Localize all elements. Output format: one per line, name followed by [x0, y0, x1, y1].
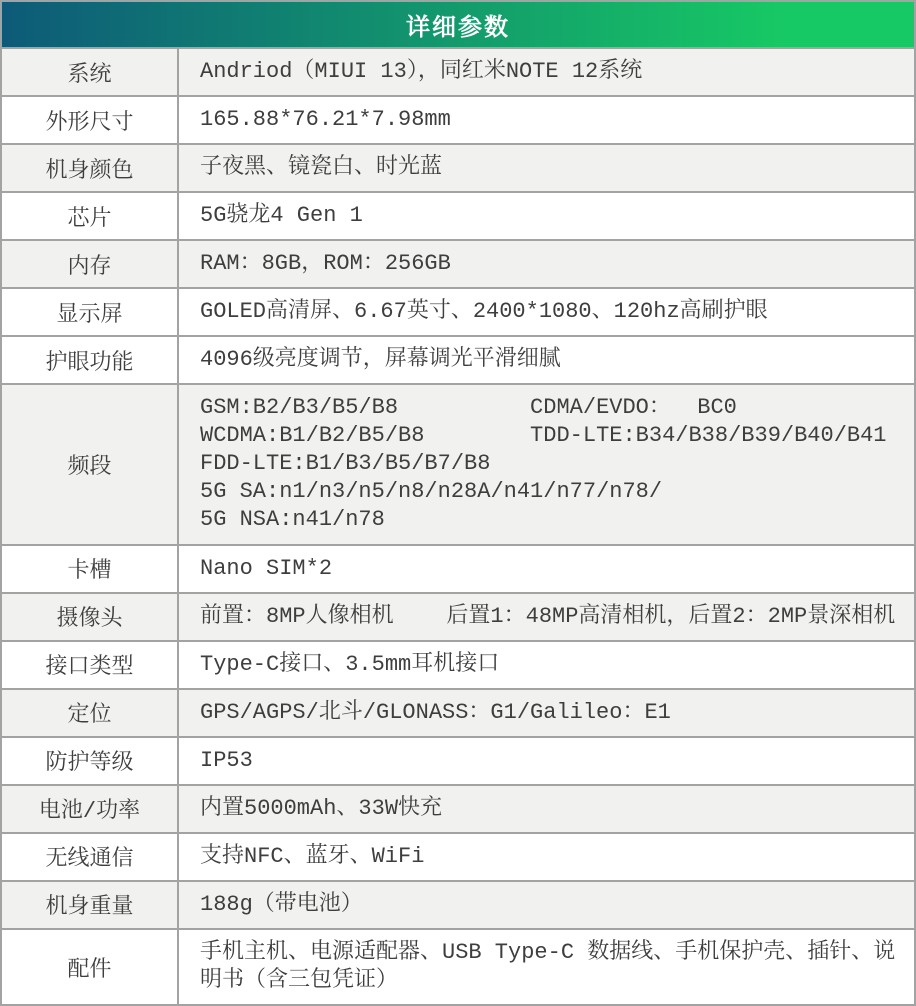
spec-label-cell: 配件: [2, 930, 179, 1004]
spec-table-body: 系统 Andriod（MIUI 13），同红米NOTE 12系统 外形尺寸 16…: [2, 47, 914, 1004]
table-row: 卡槽 Nano SIM*2: [2, 544, 914, 592]
spec-label: 外形尺寸: [45, 105, 133, 136]
table-header: 详细参数: [2, 2, 914, 47]
spec-label: 摄像头: [56, 601, 122, 632]
spec-label-cell: 机身重量: [2, 882, 179, 928]
spec-label: 显示屏: [56, 297, 122, 328]
spec-value: 子夜黑、镜瓷白、时光蓝: [179, 145, 914, 191]
spec-value: 手机主机、电源适配器、USB Type-C 数据线、手机保护壳、插针、说 明书（…: [179, 930, 914, 1004]
table-row: 频段 GSM:B2/B3/B5/B8 CDMA/EVDO： BC0 WCDMA:…: [2, 383, 914, 543]
spec-label: 频段: [67, 449, 111, 480]
table-row: 机身颜色 子夜黑、镜瓷白、时光蓝: [2, 143, 914, 191]
spec-label: 防护等级: [45, 745, 133, 776]
spec-label: 内存: [67, 249, 111, 280]
spec-label-cell: 接口类型: [2, 642, 179, 688]
table-row: 护眼功能 4096级亮度调节，屏幕调光平滑细腻: [2, 335, 914, 383]
table-row: 系统 Andriod（MIUI 13），同红米NOTE 12系统: [2, 47, 914, 95]
spec-value: 内置5000mAh、33W快充: [179, 786, 914, 832]
spec-value: Nano SIM*2: [179, 546, 914, 592]
table-row: 内存 RAM：8GB，ROM：256GB: [2, 239, 914, 287]
spec-label: 芯片: [67, 201, 111, 232]
spec-label-cell: 显示屏: [2, 289, 179, 335]
spec-label: 无线通信: [45, 841, 133, 872]
spec-label: 接口类型: [45, 649, 133, 680]
spec-label-cell: 外形尺寸: [2, 97, 179, 143]
spec-label-cell: 机身颜色: [2, 145, 179, 191]
spec-value: 支持NFC、蓝牙、WiFi: [179, 834, 914, 880]
table-row: 芯片 5G骁龙4 Gen 1: [2, 191, 914, 239]
spec-label: 定位: [67, 697, 111, 728]
spec-label-cell: 防护等级: [2, 738, 179, 784]
spec-value: GOLED高清屏、6.67英寸、2400*1080、120hz高刷护眼: [179, 289, 914, 335]
spec-value: GPS/AGPS/北斗/GLONASS：G1/Galileo：E1: [179, 690, 914, 736]
page-title: 详细参数: [406, 7, 510, 42]
spec-label-cell: 芯片: [2, 193, 179, 239]
table-row: 定位 GPS/AGPS/北斗/GLONASS：G1/Galileo：E1: [2, 688, 914, 736]
table-row: 外形尺寸 165.88*76.21*7.98mm: [2, 95, 914, 143]
spec-value: RAM：8GB，ROM：256GB: [179, 241, 914, 287]
spec-value: 4096级亮度调节，屏幕调光平滑细腻: [179, 337, 914, 383]
spec-label: 电池/功率: [39, 793, 140, 824]
spec-label-cell: 卡槽: [2, 546, 179, 592]
table-row: 电池/功率 内置5000mAh、33W快充: [2, 784, 914, 832]
spec-label: 系统: [67, 57, 111, 88]
spec-value: 5G骁龙4 Gen 1: [179, 193, 914, 239]
spec-label: 配件: [67, 952, 111, 983]
spec-value: 前置：8MP人像相机 后置1：48MP高清相机，后置2：2MP景深相机: [179, 594, 914, 640]
table-row: 防护等级 IP53: [2, 736, 914, 784]
spec-label: 卡槽: [67, 553, 111, 584]
spec-label-cell: 内存: [2, 241, 179, 287]
spec-value: Type-C接口、3.5mm耳机接口: [179, 642, 914, 688]
spec-label-cell: 系统: [2, 49, 179, 95]
table-row: 配件 手机主机、电源适配器、USB Type-C 数据线、手机保护壳、插针、说 …: [2, 928, 914, 1004]
table-row: 摄像头 前置：8MP人像相机 后置1：48MP高清相机，后置2：2MP景深相机: [2, 592, 914, 640]
spec-card: 详细参数 系统 Andriod（MIUI 13），同红米NOTE 12系统 外形…: [0, 0, 916, 1006]
table-row: 接口类型 Type-C接口、3.5mm耳机接口: [2, 640, 914, 688]
spec-label-cell: 电池/功率: [2, 786, 179, 832]
spec-label: 机身重量: [45, 889, 133, 920]
table-row: 无线通信 支持NFC、蓝牙、WiFi: [2, 832, 914, 880]
spec-label: 机身颜色: [45, 153, 133, 184]
spec-value: GSM:B2/B3/B5/B8 CDMA/EVDO： BC0 WCDMA:B1/…: [179, 385, 914, 543]
table-row: 机身重量 188g（带电池）: [2, 880, 914, 928]
spec-label-cell: 无线通信: [2, 834, 179, 880]
spec-label: 护眼功能: [45, 345, 133, 376]
spec-value: Andriod（MIUI 13），同红米NOTE 12系统: [179, 49, 914, 95]
spec-label-cell: 摄像头: [2, 594, 179, 640]
spec-label-cell: 频段: [2, 385, 179, 543]
table-row: 显示屏 GOLED高清屏、6.67英寸、2400*1080、120hz高刷护眼: [2, 287, 914, 335]
spec-value: 188g（带电池）: [179, 882, 914, 928]
spec-value: 165.88*76.21*7.98mm: [179, 97, 914, 143]
spec-label-cell: 定位: [2, 690, 179, 736]
spec-value: IP53: [179, 738, 914, 784]
spec-label-cell: 护眼功能: [2, 337, 179, 383]
